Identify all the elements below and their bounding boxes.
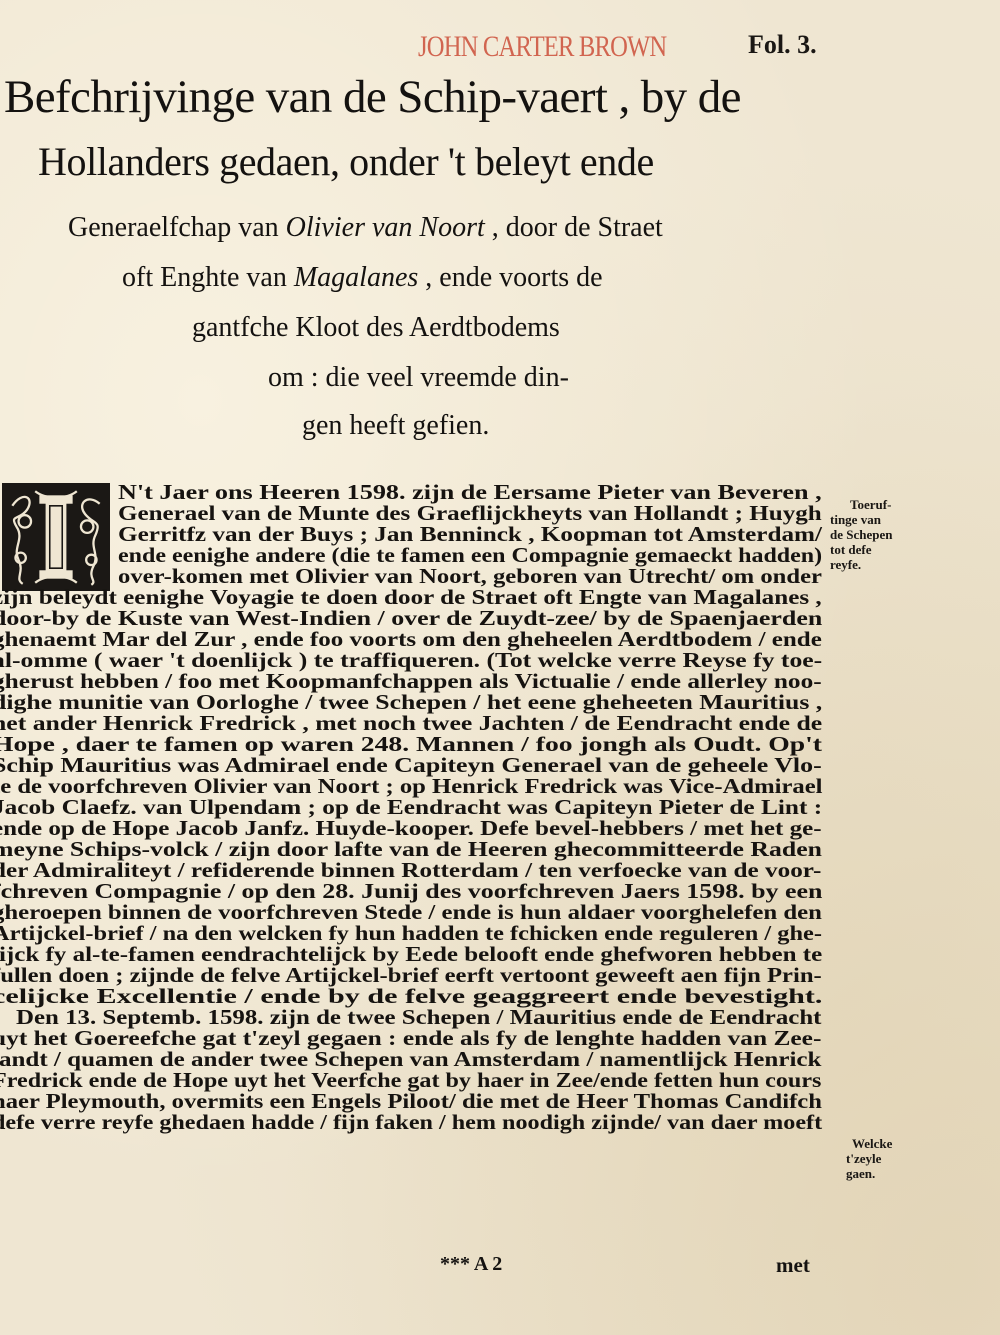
text-line: ende op de Hope Jacob Janfz. Huyde-koope… xyxy=(0,818,822,839)
text-line: Hope , daer te famen op waren 248. Manne… xyxy=(0,734,822,755)
margin-note-line: Welcke xyxy=(846,1136,892,1151)
text-line: ende eenighe andere (die te famen een Co… xyxy=(118,545,822,566)
margin-note-preparation: Toeruf- tinge van de Schepen tot defe re… xyxy=(830,497,892,572)
title-text: , ende voorts de xyxy=(418,262,602,293)
title-line-7: gen heeft gefien. xyxy=(302,410,489,442)
text-line: Gerritfz van der Buys ; Jan Benninck , K… xyxy=(118,524,822,545)
text-line: Schip Mauritius was Admirael ende Capite… xyxy=(0,755,822,776)
text-line: te de voorfchreven Olivier van Noort ; o… xyxy=(0,776,823,797)
text-line: der Admiraliteyt / refiderende binnen Ro… xyxy=(0,860,821,881)
margin-note-line: tot defe xyxy=(830,542,892,557)
text-line: lijck fy al-te-famen eendrachtelijck by … xyxy=(0,944,822,965)
margin-note-line: de Schepen xyxy=(830,527,892,542)
text-line: het ander Henrick Fredrick , met noch tw… xyxy=(0,713,822,734)
text-line: landt / quamen de ander twee Schepen van… xyxy=(0,1049,821,1070)
title-line-1: Befchrijvinge van de Schip-vaert , by de xyxy=(4,70,741,124)
title-line-5: gantfche Kloot des Aerdtbodems xyxy=(192,312,560,344)
decorated-letter-i-icon xyxy=(4,485,108,589)
title-text: , door de Straet xyxy=(485,212,663,243)
title-text: Generaelfchap van xyxy=(68,212,286,243)
ornamental-initial-icon xyxy=(2,483,110,591)
library-stamp: JOHN CARTER BROWN xyxy=(418,30,666,64)
text-line: Jacob Claefz. van Ulpendam ; op de Eendr… xyxy=(0,797,822,818)
text-line: defe verre reyfe ghedaen hadde / fijn fa… xyxy=(0,1112,822,1133)
text-line: over-komen met Olivier van Noort, gebore… xyxy=(118,566,822,587)
signature-mark: *** A 2 xyxy=(440,1253,502,1276)
text-line: door-by de Kuste van West-Indien / over … xyxy=(0,608,822,629)
text-line: N't Jaer ons Heeren 1598. zijn de Eersam… xyxy=(118,482,822,503)
margin-note-line: tinge van xyxy=(830,512,892,527)
title-name-italic: Olivier van Noort xyxy=(286,212,485,243)
title-line-6: om : die veel vreemde din- xyxy=(268,362,569,394)
margin-note-line: reyfe. xyxy=(830,557,892,572)
margin-note-line: t'zeyle xyxy=(846,1151,892,1166)
book-page: JOHN CARTER BROWN Fol. 3. Befchrijvinge … xyxy=(0,0,1000,1335)
text-line: gherust hebben / foo met Koopmanfchappen… xyxy=(0,671,822,692)
title-line-3: Generaelfchap van Olivier van Noort , do… xyxy=(68,212,663,244)
title-line-4: oft Enghte van Magalanes , ende voorts d… xyxy=(122,262,603,294)
margin-note-line: gaen. xyxy=(846,1166,892,1181)
text-line: fullen doen ; zijnde de felve Artijckel-… xyxy=(0,965,822,986)
text-line: Generael van de Munte des Graeflijckheyt… xyxy=(118,503,822,524)
text-line: al-omme ( waer 't doenlijck ) te traffiq… xyxy=(0,650,822,671)
catchword: met xyxy=(776,1253,810,1278)
margin-note-departure: Welcke t'zeyle gaen. xyxy=(846,1136,892,1181)
text-line: ghenaemt Mar del Zur , ende foo voorts o… xyxy=(0,629,822,650)
text-line: zijn beleydt eenighe Voyagie te doen doo… xyxy=(0,587,822,608)
text-line: fchreven Compagnie / op den 28. Junij de… xyxy=(0,881,822,902)
text-line: meyne Schips-volck / zijn door lafte van… xyxy=(0,839,822,860)
text-line: Den 13. Septemb. 1598. zijn de twee Sche… xyxy=(16,1007,821,1028)
text-line: naer Pleymouth, overmits een Engels Pilo… xyxy=(0,1091,822,1112)
text-line: gheroepen binnen de voorfchreven Stede /… xyxy=(0,902,822,923)
text-line: dighe munitie van Oorloghe / twee Schepe… xyxy=(0,692,822,713)
folio-number: Fol. 3. xyxy=(748,30,817,60)
text-line: uyt het Goereefche gat t'zeyl gegaen : e… xyxy=(0,1028,821,1049)
margin-note-line: Toeruf- xyxy=(830,497,892,512)
title-line-2: Hollanders gedaen, onder 't beleyt ende xyxy=(38,138,654,185)
text-line: celijcke Excellentie / ende by de felve … xyxy=(0,986,822,1007)
text-line: Fredrick ende de Hope uyt het Veerfche g… xyxy=(0,1070,821,1091)
title-text: oft Enghte van xyxy=(122,262,294,293)
title-place-italic: Magalanes xyxy=(294,262,418,293)
text-line: Artijckel-brief / na den welcken fy hun … xyxy=(0,923,822,944)
